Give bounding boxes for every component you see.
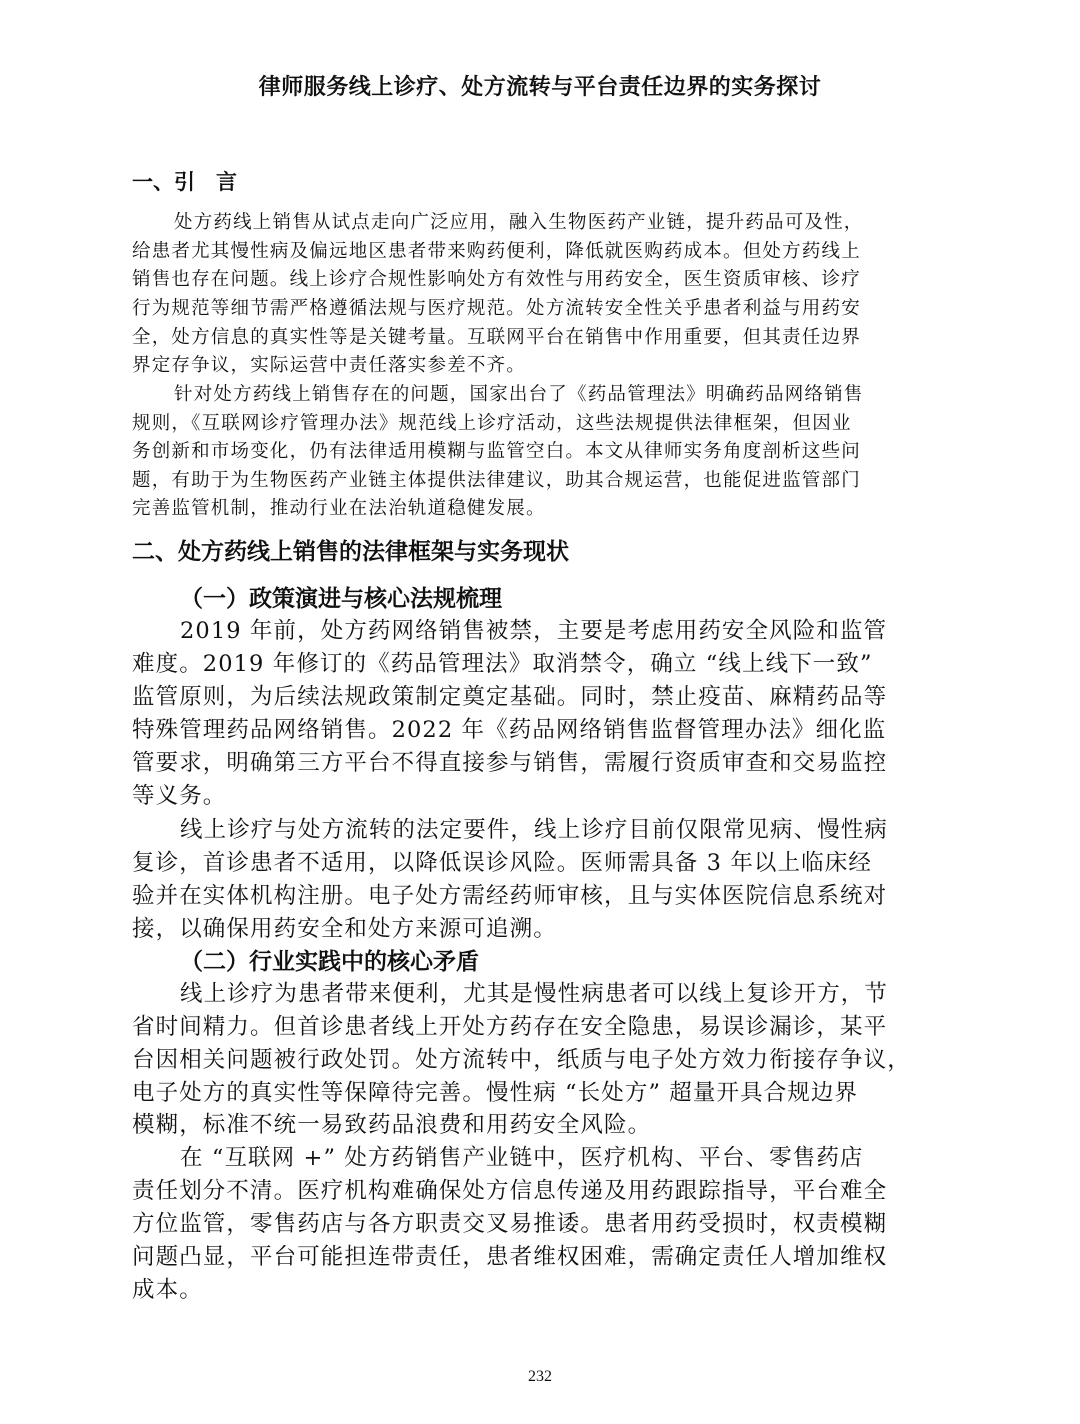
text-line: 台因相关问题被行政处罚。处方流转中，纸质与电子处方效力衔接存争议，: [132, 1042, 911, 1074]
text-line: 复诊，首诊患者不适用，以降低误诊风险。医师需具备 3 年以上临床经: [132, 845, 872, 877]
document-title: 律师服务线上诊疗、处方流转与平台责任边界的实务探讨: [0, 70, 1080, 101]
text-line: 2019 年前，处方药网络销售被禁，主要是考虑用药安全风险和监管: [180, 613, 887, 645]
text-line: 责任划分不清。医疗机构难确保处方信息传递及用药跟踪指导，平台难全: [132, 1173, 887, 1205]
text-line: 难度。2019 年修订的《药品管理法》取消禁令，确立 “线上线下一致”: [132, 646, 873, 678]
text-line: 管要求，明确第三方平台不得直接参与销售，需履行资质审查和交易监控: [132, 745, 887, 777]
page-number: 232: [0, 1368, 1080, 1386]
text-line: 接，以确保用药安全和处方来源可追溯。: [132, 911, 557, 943]
subsection-heading-policy-evolution: （一）政策演进与核心法规梳理: [180, 580, 502, 613]
text-line: 务创新和市场变化，仍有法律适用模糊与监管空白。本文从律师实务角度剖析这些问: [132, 437, 861, 463]
text-line: 省时间精力。但首诊患者线上开处方药存在安全隐患，易误诊漏诊，某平: [132, 1009, 887, 1041]
text-line: 等义务。: [132, 778, 226, 810]
text-line: 在 “互联网 +” 处方药销售产业链中，医疗机构、平台、零售药店: [180, 1140, 864, 1172]
section-heading-legal-framework: 二、处方药线上销售的法律框架与实务现状: [132, 533, 569, 566]
text-line: 界定存争议，实际运营中责任落实参差不齐。: [132, 351, 526, 377]
text-line: 方位监管，零售药店与各方职责交叉易推诿。患者用药受损时，权责模糊: [132, 1206, 887, 1238]
text-line: 特殊管理药品网络销售。2022 年《药品网络销售监督管理办法》细化监: [132, 712, 886, 744]
text-line: 给患者尤其慢性病及偏远地区患者带来购药便利，降低就医购药成本。但处方药线上: [132, 237, 861, 263]
text-line: 题，有助于为生物医药产业链主体提供法律建议，助其合规运营，也能促进监管部门: [132, 466, 861, 492]
text-line: 针对处方药线上销售存在的问题，国家出台了《药品管理法》明确药品网络销售: [174, 380, 864, 406]
text-line: 问题凸显，平台可能担连带责任，患者维权困难，需确定责任人增加维权: [132, 1239, 887, 1271]
text-line: 规则，《互联网诊疗管理办法》规范线上诊疗活动，这些法规提供法律框架，但因业: [132, 409, 852, 435]
text-line: 处方药线上销售从试点走向广泛应用，融入生物医药产业链，提升药品可及性，: [174, 208, 864, 234]
text-line: 线上诊疗与处方流转的法定要件，线上诊疗目前仅限常见病、慢性病: [180, 812, 888, 844]
section-heading-introduction: 一、引 言: [132, 166, 237, 196]
text-line: 监管原则，为后续法规政策制定奠定基础。同时，禁止疫苗、麻精药品等: [132, 679, 887, 711]
text-line: 电子处方的真实性等保障待完善。慢性病 “长处方” 超量开具合规边界: [132, 1075, 858, 1107]
text-line: 模糊，标准不统一易致药品浪费和用药安全风险。: [132, 1107, 651, 1139]
text-line: 验并在实体机构注册。电子处方需经药师审核，且与实体医院信息系统对: [132, 878, 887, 910]
subsection-heading-core-contradictions: （二）行业实践中的核心矛盾: [180, 943, 479, 976]
text-line: 行为规范等细节需严格遵循法规与医疗规范。处方流转安全性关乎患者利益与用药安: [132, 294, 861, 320]
text-line: 线上诊疗为患者带来便利，尤其是慢性病患者可以线上复诊开方，节: [180, 976, 888, 1008]
text-line: 成本。: [132, 1272, 203, 1304]
text-line: 完善监管机制，推动行业在法治轨道稳健发展。: [132, 494, 546, 520]
text-line: 全，处方信息的真实性等是关键考量。互联网平台在销售中作用重要，但其责任边界: [132, 323, 861, 349]
text-line: 销售也存在问题。线上诊疗合规性影响处方有效性与用药安全，医生资质审核、诊疗: [132, 265, 861, 291]
